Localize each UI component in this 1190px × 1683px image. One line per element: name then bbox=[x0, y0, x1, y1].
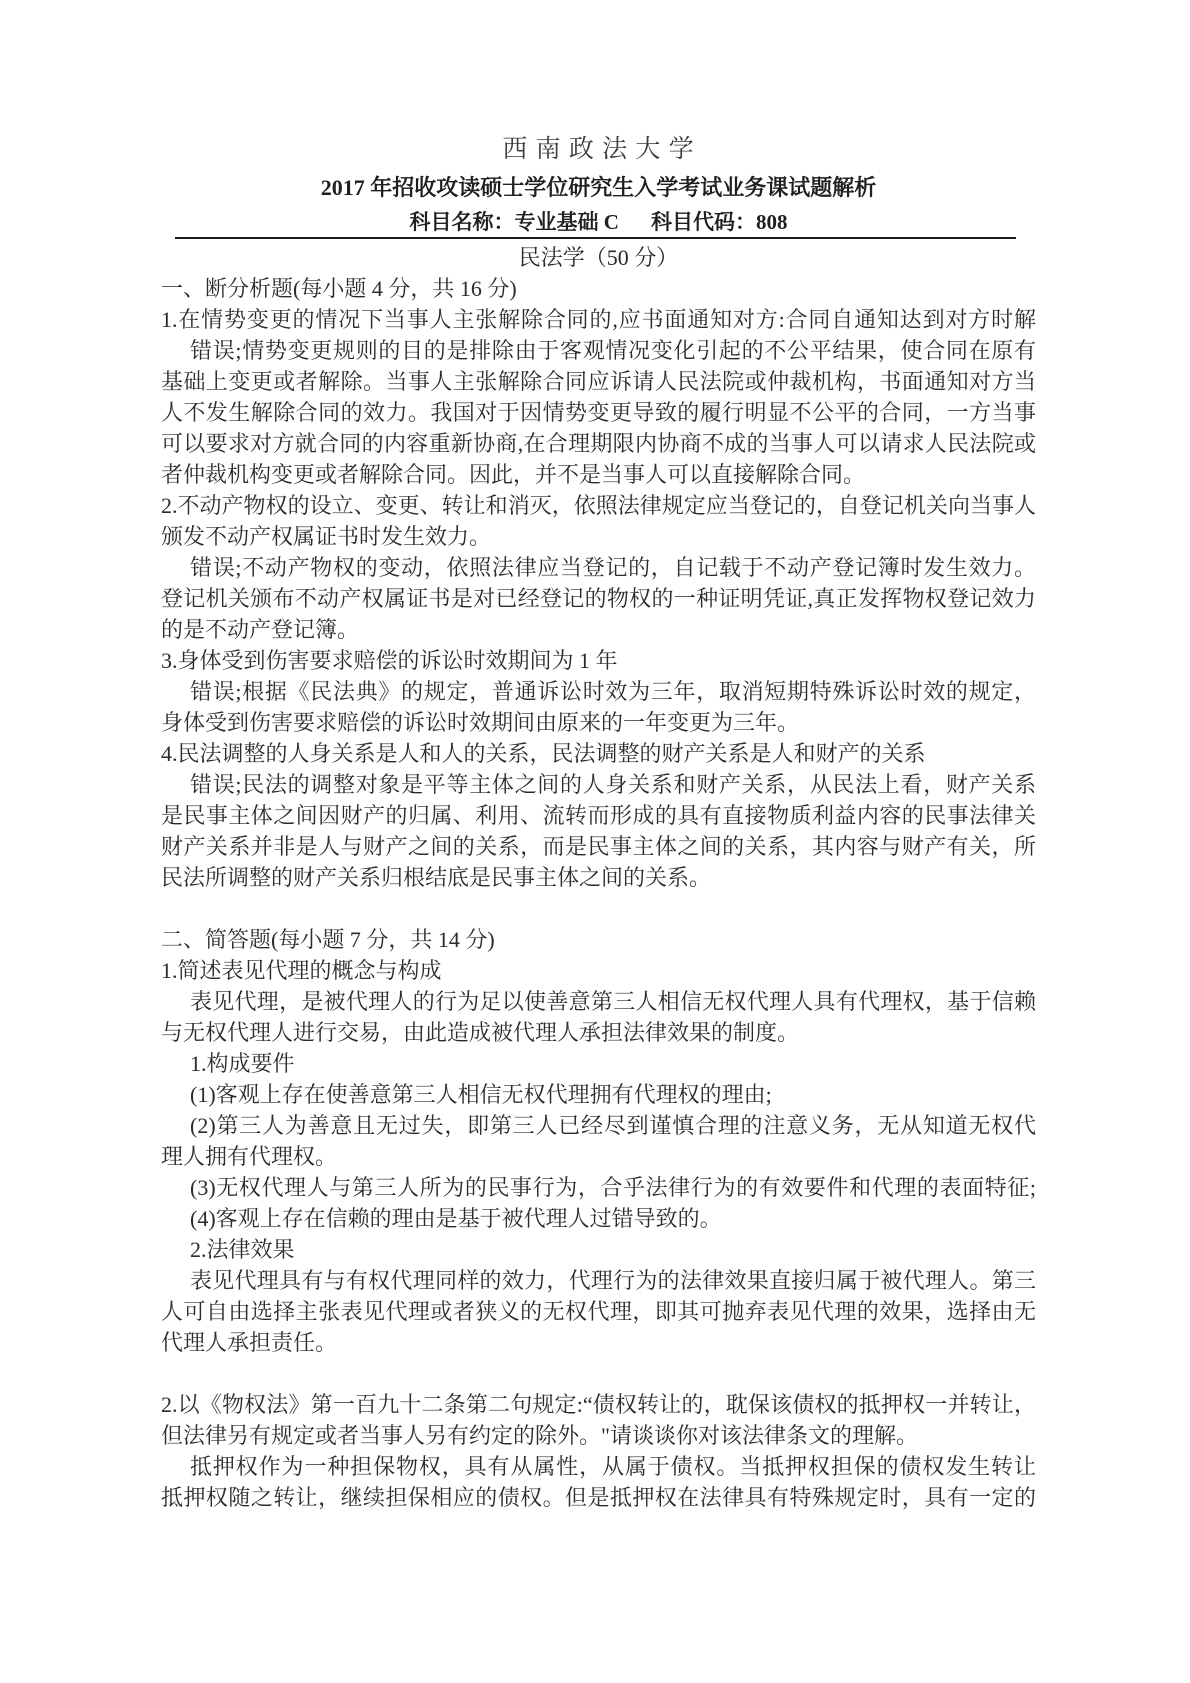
subject-name: 科目名称：专业基础 C bbox=[410, 207, 619, 237]
text-line: 1.构成要件 bbox=[161, 1048, 1036, 1079]
text-line: 2.法律效果 bbox=[161, 1234, 1036, 1265]
text-line: 表见代理，是被代理人的行为足以使善意第三人相信无权代理人具有代理权，基于信赖 bbox=[161, 986, 1036, 1017]
text-line: 4.民法调整的人身关系是人和人的关系，民法调整的财产关系是人和财产的关系 bbox=[161, 738, 1036, 769]
text-line: (4)客观上存在信赖的理由是基于被代理人过错导致的。 bbox=[161, 1203, 1036, 1234]
text-line bbox=[161, 1358, 1036, 1389]
text-line: 基础上变更或者解除。当事人主张解除合同应诉请人民法院或仲裁机构，书面通知对方当事 bbox=[161, 366, 1036, 397]
text-line: 可以要求对方就合同的内容重新协商,在合理期限内协商不成的当事人可以请求人民法院或 bbox=[161, 428, 1036, 459]
subject-code: 科目代码：808 bbox=[651, 207, 788, 237]
text-line: 与无权代理人进行交易，由此造成被代理人承担法律效果的制度。 bbox=[161, 1017, 1036, 1048]
exam-title: 2017 年招收攻读硕士学位研究生入学考试业务课试题解析 bbox=[161, 173, 1036, 203]
text-line: 2.以《物权法》第一百九十二条第二句规定:“债权转让的，耽保该债权的抵押权一并转… bbox=[161, 1389, 1036, 1420]
text-line: 登记机关颁布不动产权属证书是对已经登记的物权的一种证明凭证,真正发挥物权登记效力 bbox=[161, 583, 1036, 614]
text-line: 的是不动产登记簿。 bbox=[161, 614, 1036, 645]
text-line: 抵押权随之转让，继续担保相应的债权。但是抵押权在法律具有特殊规定时，具有一定的独 bbox=[161, 1482, 1036, 1513]
text-line: 错误;民法的调整对象是平等主体之间的人身关系和财产关系，从民法上看，财产关系 bbox=[161, 769, 1036, 800]
text-line: 1.简述表见代理的概念与构成 bbox=[161, 955, 1036, 986]
text-line: 人可自由选择主张表见代理或者狭义的无权代理，即其可抛弃表见代理的效果，选择由无权 bbox=[161, 1296, 1036, 1327]
text-line: 财产关系并非是人与财产之间的关系，而是民事主体之间的关系，其内容与财产有关，所以 bbox=[161, 831, 1036, 862]
text-line: (3)无权代理人与第三人所为的民事行为，合乎法律行为的有效要件和代理的表面特征; bbox=[161, 1172, 1036, 1203]
text-line: 是民事主体之间因财产的归属、利用、流转而形成的具有直接物质利益内容的民事法律关系… bbox=[161, 800, 1036, 831]
header-rule bbox=[175, 237, 1016, 239]
scanned-document-page: { "colors": { "background": "#ffffff", "… bbox=[0, 0, 1190, 1683]
text-line: 颁发不动产权属证书时发生效力。 bbox=[161, 521, 1036, 552]
text-line: 者仲裁机构变更或者解除合同。因此，并不是当事人可以直接解除合同。 bbox=[161, 459, 1036, 490]
text-line: 2.不动产物权的设立、变更、转让和消灭，依照法律规定应当登记的，自登记机关向当事… bbox=[161, 490, 1036, 521]
text-line: (2)第三人为善意且无过失，即第三人已经尽到谨慎合理的注意义务，无从知道无权代 bbox=[161, 1110, 1036, 1141]
text-line: 但法律另有规定或者当事人另有约定的除外。"请谈谈你对该法律条文的理解。 bbox=[161, 1420, 1036, 1451]
text-line: 错误;根据《民法典》的规定，普通诉讼时效为三年，取消短期特殊诉讼时效的规定， bbox=[161, 676, 1036, 707]
university-title: 西 南 政 法 大 学 bbox=[161, 135, 1036, 165]
text-line: 3.身体受到伤害要求赔偿的诉讼时效期间为 1 年 bbox=[161, 645, 1036, 676]
text-line: 二、简答题(每小题 7 分，共 14 分) bbox=[161, 924, 1036, 955]
document-body: 一、断分析题(每小题 4 分，共 16 分)1.在情势变更的情况下当事人主张解除… bbox=[161, 273, 1036, 1513]
text-line: 理人拥有代理权。 bbox=[161, 1141, 1036, 1172]
text-line: 身体受到伤害要求赔偿的诉讼时效期间由原来的一年变更为三年。 bbox=[161, 707, 1036, 738]
text-line: 一、断分析题(每小题 4 分，共 16 分) bbox=[161, 273, 1036, 304]
subject-line: 科目名称：专业基础 C 科目代码：808 bbox=[161, 207, 1036, 237]
text-line: 错误;不动产物权的变动，依照法律应当登记的，自记载于不动产登记簿时发生效力。 bbox=[161, 552, 1036, 583]
text-line: 1.在情势变更的情况下当事人主张解除合同的,应书面通知对方:合同自通知达到对方时… bbox=[161, 304, 1036, 335]
text-line: 代理人承担责任。 bbox=[161, 1327, 1036, 1358]
text-line: 错误;情势变更规则的目的是排除由于客观情况变化引起的不公平结果，使合同在原有 bbox=[161, 335, 1036, 366]
document-content: 西 南 政 法 大 学 2017 年招收攻读硕士学位研究生入学考试业务课试题解析… bbox=[161, 0, 1036, 1513]
text-line: 人不发生解除合同的效力。我国对于因情势变更导致的履行明显不公平的合同，一方当事人 bbox=[161, 397, 1036, 428]
course-title: 民法学（50 分） bbox=[161, 243, 1036, 273]
text-line: (1)客观上存在使善意第三人相信无权代理拥有代理权的理由; bbox=[161, 1079, 1036, 1110]
text-line: 民法所调整的财产关系归根结底是民事主体之间的关系。 bbox=[161, 862, 1036, 893]
text-line: 表见代理具有与有权代理同样的效力，代理行为的法律效果直接归属于被代理人。第三 bbox=[161, 1265, 1036, 1296]
text-line: 抵押权作为一种担保物权，具有从属性，从属于债权。当抵押权担保的债权发生转让时， bbox=[161, 1451, 1036, 1482]
text-line bbox=[161, 893, 1036, 924]
